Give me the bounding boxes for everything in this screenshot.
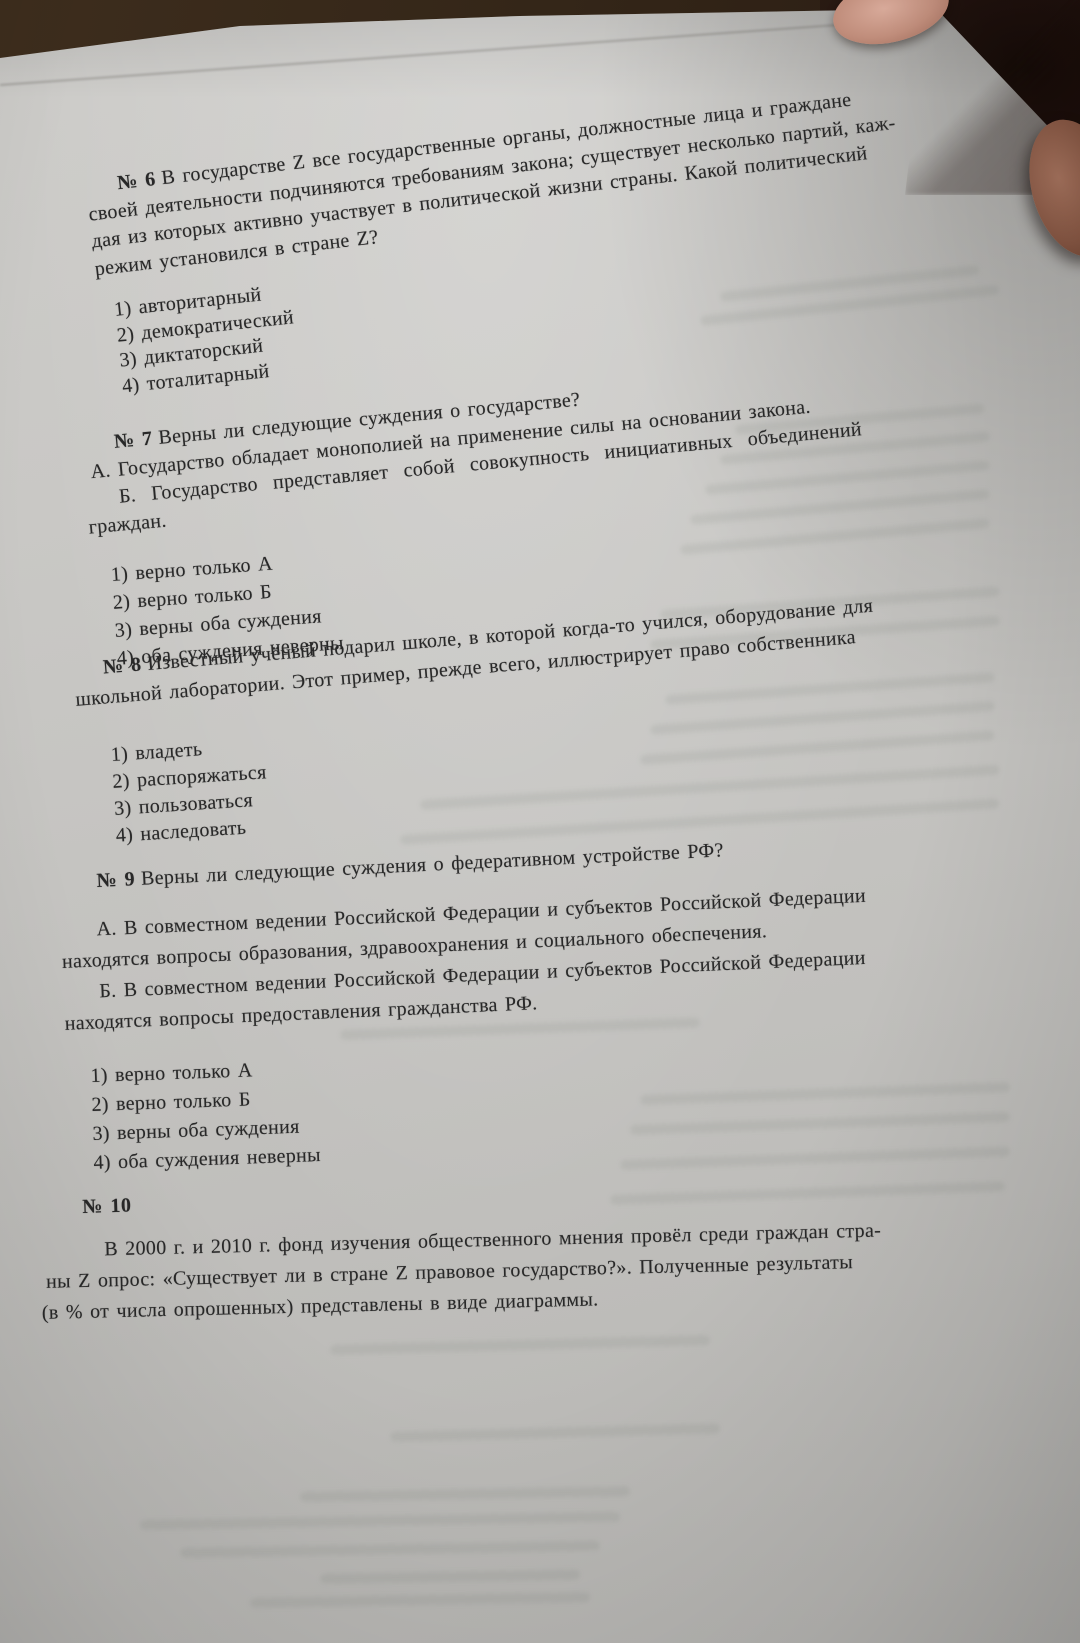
question-number: № 10 bbox=[82, 1194, 132, 1218]
question-6-options: 1) авторитарный 2) демократический 3) ди… bbox=[113, 279, 300, 399]
question-number: № 9 bbox=[96, 868, 136, 892]
question-9-options: 1) верно только А 2) верно только Б 3) в… bbox=[90, 1054, 321, 1178]
photographed-test-page: № 6В государстве Z все государственные о… bbox=[0, 0, 1080, 1643]
question-10-number: № 10 bbox=[82, 1194, 138, 1219]
question-number: № 8 bbox=[102, 653, 142, 678]
question-number: № 6 bbox=[116, 168, 157, 194]
question-8-options: 1) владеть 2) распоряжаться 3) пользоват… bbox=[110, 732, 271, 849]
question-number: № 7 bbox=[113, 428, 153, 453]
